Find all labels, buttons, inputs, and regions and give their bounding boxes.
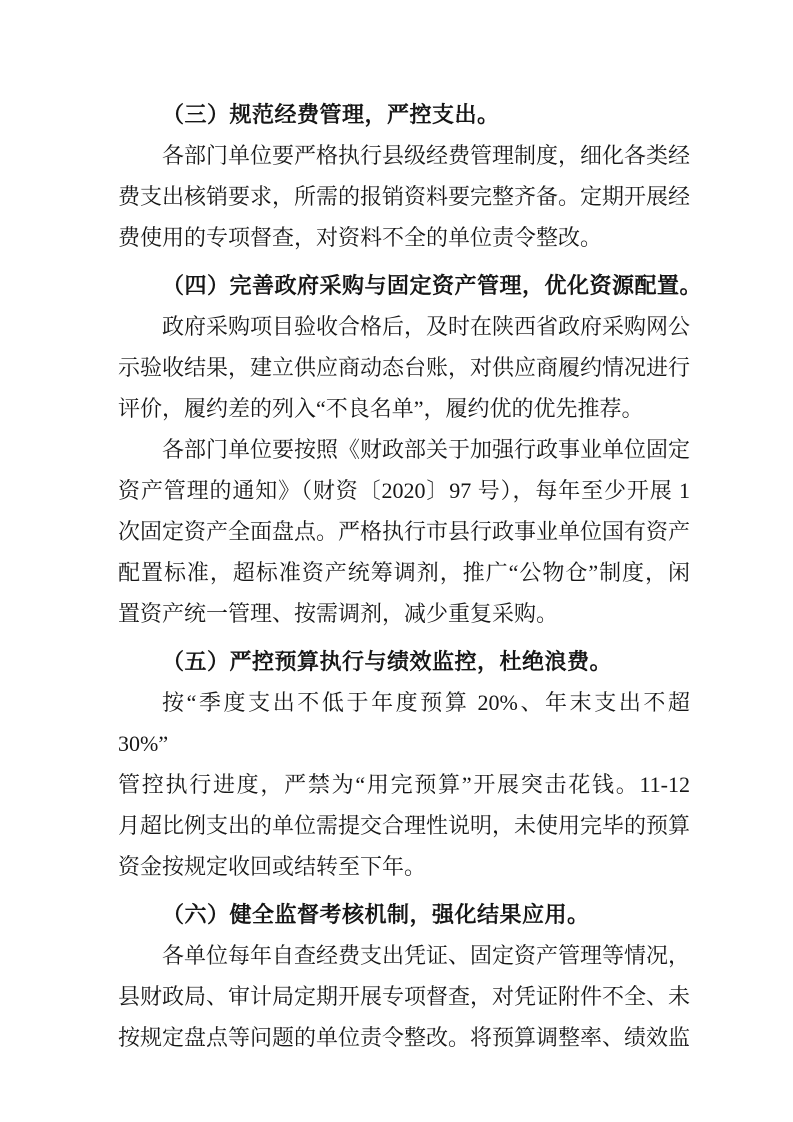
section-heading: （六）健全监督考核机制，强化结果应用。 bbox=[118, 894, 690, 935]
paragraph-line: 示验收结果，建立供应商动态台账，对供应商履约情况进行 bbox=[118, 347, 690, 388]
document-content: （三）规范经费管理，严控支出。各部门单位要严格执行县级经费管理制度，细化各类经费… bbox=[118, 94, 690, 1058]
paragraph-line: 各部门单位要按照《财政部关于加强行政事业单位固定 bbox=[118, 429, 690, 470]
paragraph-line: 费支出核销要求，所需的报销资料要完整齐备。定期开展经 bbox=[118, 176, 690, 217]
paragraph-line: 费使用的专项督查，对资料不全的单位责令整改。 bbox=[118, 217, 690, 258]
paragraph-line: 按规定盘点等问题的单位责令整改。将预算调整率、绩效监 bbox=[118, 1017, 690, 1058]
paragraph-line: 月超比例支出的单位需提交合理性说明，未使用完毕的预算 bbox=[118, 805, 690, 846]
paragraph-line: 置资产统一管理、按需调剂，减少重复采购。 bbox=[118, 593, 690, 634]
paragraph-line: 资产管理的通知》（财资〔2020〕97 号），每年至少开展 1 bbox=[118, 470, 690, 511]
paragraph-line: 各单位每年自查经费支出凭证、固定资产管理等情况， bbox=[118, 935, 690, 976]
paragraph-line: 政府采购项目验收合格后，及时在陕西省政府采购网公 bbox=[118, 306, 690, 347]
paragraph-line: 次固定资产全面盘点。严格执行市县行政事业单位国有资产 bbox=[118, 511, 690, 552]
section-heading: （五）严控预算执行与绩效监控，杜绝浪费。 bbox=[118, 641, 690, 682]
paragraph-line: 评价，履约差的列入“不良名单”，履约优的优先推荐。 bbox=[118, 388, 690, 429]
paragraph-line: 县财政局、审计局定期开展专项督查，对凭证附件不全、未 bbox=[118, 976, 690, 1017]
section-heading: （三）规范经费管理，严控支出。 bbox=[118, 94, 690, 135]
paragraph-line: 配置标准，超标准资产统筹调剂，推广“公物仓”制度，闲 bbox=[118, 552, 690, 593]
paragraph-line: 管控执行进度，严禁为“用完预算”开展突击花钱。11-12 bbox=[118, 764, 690, 805]
paragraph-line: 各部门单位要严格执行县级经费管理制度，细化各类经 bbox=[118, 135, 690, 176]
paragraph-line: 按“季度支出不低于年度预算 20%、年末支出不超 30%” bbox=[118, 682, 690, 764]
section-heading: （四）完善政府采购与固定资产管理，优化资源配置。 bbox=[118, 265, 690, 306]
paragraph-line: 资金按规定收回或结转至下年。 bbox=[118, 846, 690, 887]
document-page: （三）规范经费管理，严控支出。各部门单位要严格执行县级经费管理制度，细化各类经费… bbox=[0, 0, 793, 1122]
